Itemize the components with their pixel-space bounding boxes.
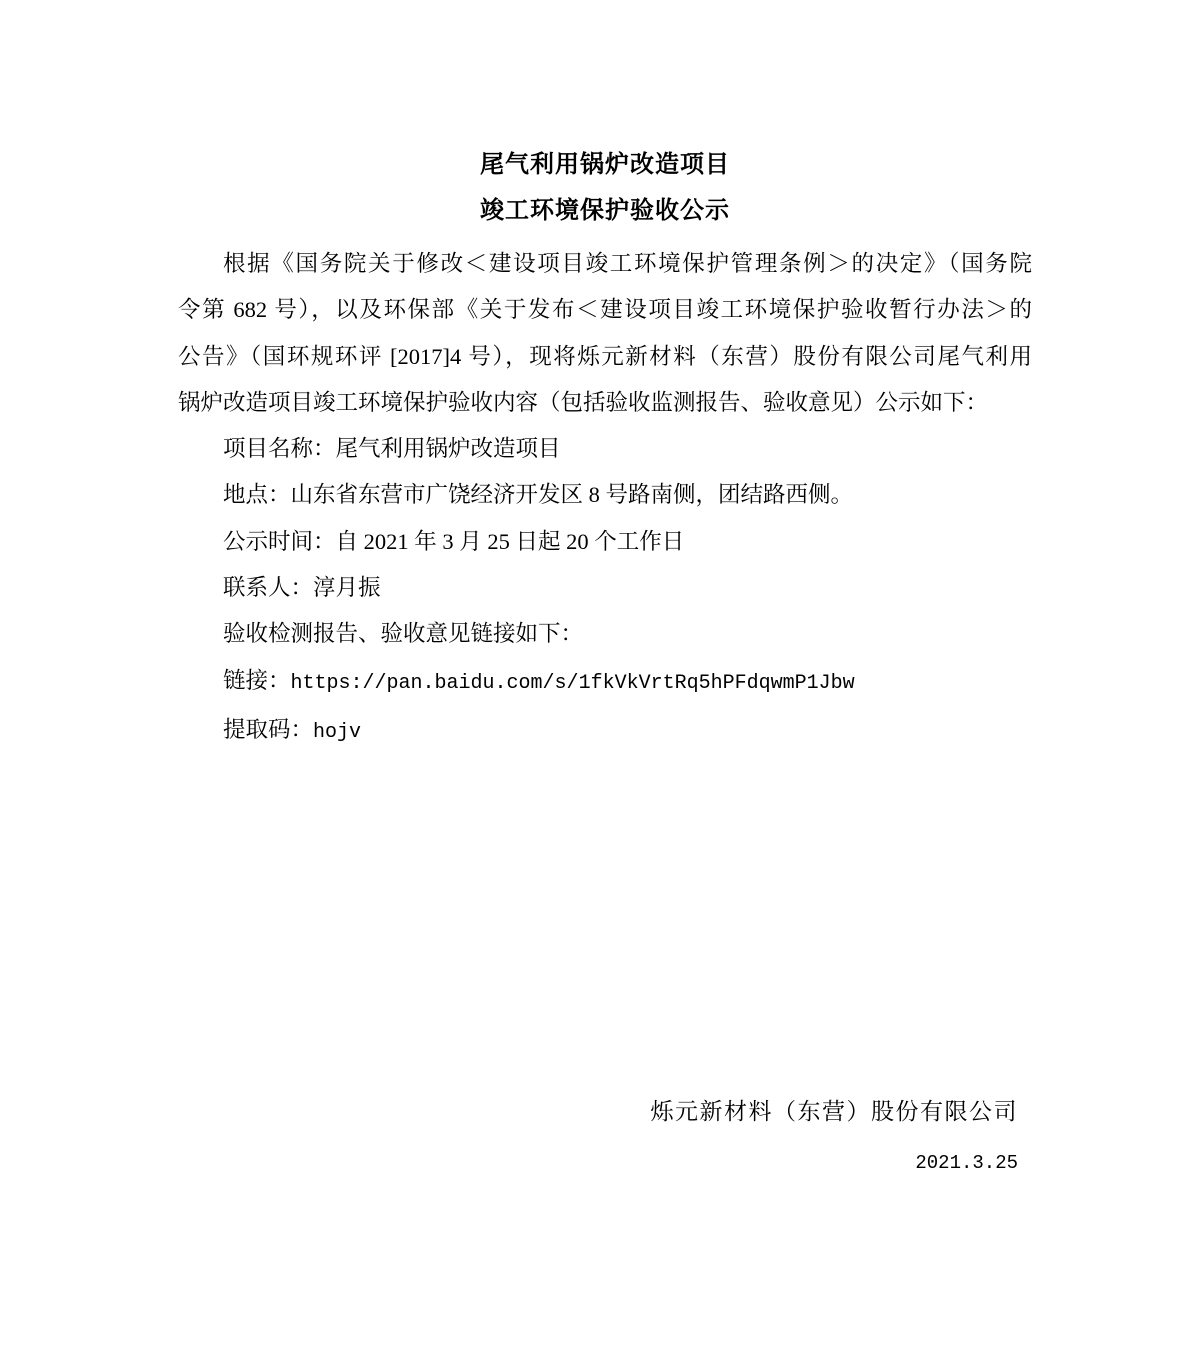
project-name-line: 项目名称：尾气利用锅炉改造项目 [178, 426, 1032, 472]
extraction-code-label: 提取码： [223, 717, 313, 742]
extraction-code-line: 提取码：hojv [178, 707, 1032, 756]
document-title-line-2: 竣工环境保护验收公示 [178, 188, 1032, 234]
link-url: https://pan.baidu.com/s/1fkVkVrtRq5hPFdq… [291, 672, 855, 695]
contact-line: 联系人：淳月振 [178, 565, 1032, 611]
link-label: 链接： [223, 668, 291, 693]
document-page: 尾气利用锅炉改造项目 竣工环境保护验收公示 根据《国务院关于修改＜建设项目竣工环… [0, 0, 1200, 1347]
links-intro-line: 验收检测报告、验收意见链接如下： [178, 611, 1032, 657]
intro-line-4: 锅炉改造项目竣工环境保护验收内容（包括验收监测报告、验收意见）公示如下： [178, 380, 1032, 426]
document-body: 根据《国务院关于修改＜建设项目竣工环境保护管理条例＞的决定》（国务院 令第 68… [178, 241, 1032, 756]
intro-line-1: 根据《国务院关于修改＜建设项目竣工环境保护管理条例＞的决定》（国务院 [178, 241, 1032, 287]
intro-line-2: 令第 682 号），以及环保部《关于发布＜建设项目竣工环境保护验收暂行办法＞的 [178, 287, 1032, 333]
link-line: 链接：https://pan.baidu.com/s/1fkVkVrtRq5hP… [178, 658, 1032, 707]
signature-block: 烁元新材料（东营）股份有限公司 2021.3.25 [178, 1089, 1032, 1186]
extraction-code-value: hojv [313, 721, 361, 744]
publicity-period-line: 公示时间：自 2021 年 3 月 25 日起 20 个工作日 [178, 519, 1032, 565]
signature-company: 烁元新材料（东营）股份有限公司 [178, 1089, 1018, 1135]
signature-date: 2021.3.25 [178, 1140, 1018, 1186]
intro-line-3: 公告》（国环规环评 [2017]4 号），现将烁元新材料（东营）股份有限公司尾气… [178, 334, 1032, 380]
document-title-line-1: 尾气利用锅炉改造项目 [178, 142, 1032, 188]
document-content: 尾气利用锅炉改造项目 竣工环境保护验收公示 根据《国务院关于修改＜建设项目竣工环… [0, 0, 1200, 1186]
location-line: 地点：山东省东营市广饶经济开发区 8 号路南侧，团结路西侧。 [178, 472, 1032, 518]
